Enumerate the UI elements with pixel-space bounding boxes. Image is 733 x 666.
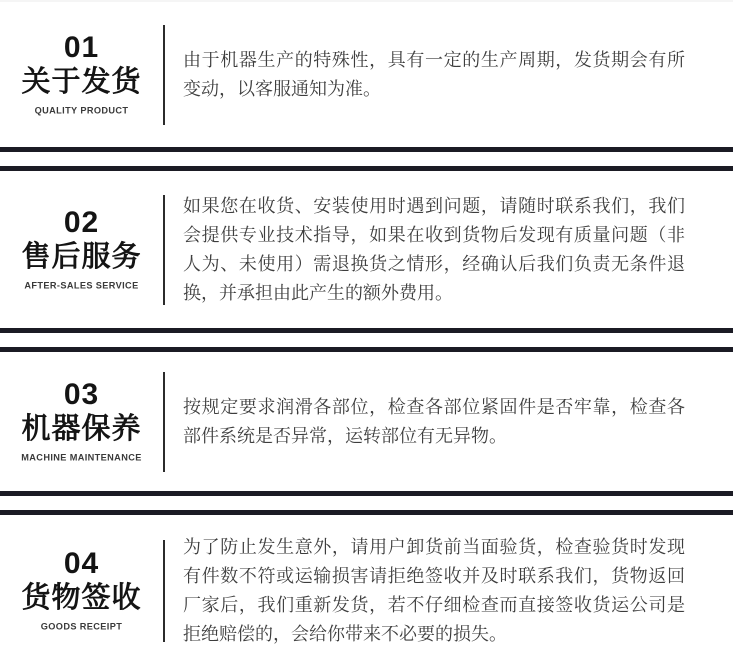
double-bar-divider — [0, 147, 733, 171]
divider-gap — [0, 152, 733, 166]
section-number: 04 — [10, 548, 153, 580]
section-title-en: QUALITY PRODUCT — [16, 106, 148, 116]
section-number: 02 — [10, 207, 153, 239]
section-after-sales: 02 售后服务 AFTER-SALES SERVICE 如果您在收货、安装使用时… — [0, 171, 733, 328]
double-bar-divider — [0, 491, 733, 515]
section-title-cn: 关于发货 — [10, 66, 153, 99]
product-info-page: 01 关于发货 QUALITY PRODUCT 由于机器生产的特殊性，具有一定的… — [0, 0, 733, 666]
divider-gap — [0, 333, 733, 347]
section-body-text: 为了防止发生意外，请用户卸货前当面验货，检查验货时发现有件数不符或运输损害请拒绝… — [165, 533, 685, 649]
section-number: 03 — [10, 379, 153, 411]
section-body-text: 如果您在收货、安装使用时遇到问题，请随时联系我们，我们会提供专业技术指导，如果在… — [165, 192, 685, 308]
section-title-en: AFTER-SALES SERVICE — [16, 281, 148, 291]
section-number: 01 — [10, 32, 153, 64]
section-maintenance: 03 机器保养 MACHINE MAINTENANCE 按规定要求润滑各部位，检… — [0, 352, 733, 491]
section-body-text: 由于机器生产的特殊性，具有一定的生产周期，发货期会有所变动，以客服通知为准。 — [165, 46, 685, 104]
divider-gap — [0, 496, 733, 510]
section-title-cn: 货物签收 — [10, 582, 153, 615]
section-title-cn: 售后服务 — [10, 241, 153, 274]
section-shipping: 01 关于发货 QUALITY PRODUCT 由于机器生产的特殊性，具有一定的… — [0, 2, 733, 147]
section-title-en: GOODS RECEIPT — [16, 622, 148, 632]
section-heading-block: 01 关于发货 QUALITY PRODUCT — [0, 32, 163, 117]
section-heading-block: 03 机器保养 MACHINE MAINTENANCE — [0, 379, 163, 464]
section-title-cn: 机器保养 — [10, 413, 153, 446]
section-title-en: MACHINE MAINTENANCE — [16, 453, 148, 463]
section-goods-receipt: 04 货物签收 GOODS RECEIPT 为了防止发生意外，请用户卸货前当面验… — [0, 515, 733, 666]
section-heading-block: 04 货物签收 GOODS RECEIPT — [0, 548, 163, 633]
section-body-text: 按规定要求润滑各部位，检查各部位紧固件是否牢靠，检查各部件系统是否异常，运转部位… — [165, 393, 685, 451]
double-bar-divider — [0, 328, 733, 352]
section-heading-block: 02 售后服务 AFTER-SALES SERVICE — [0, 207, 163, 292]
